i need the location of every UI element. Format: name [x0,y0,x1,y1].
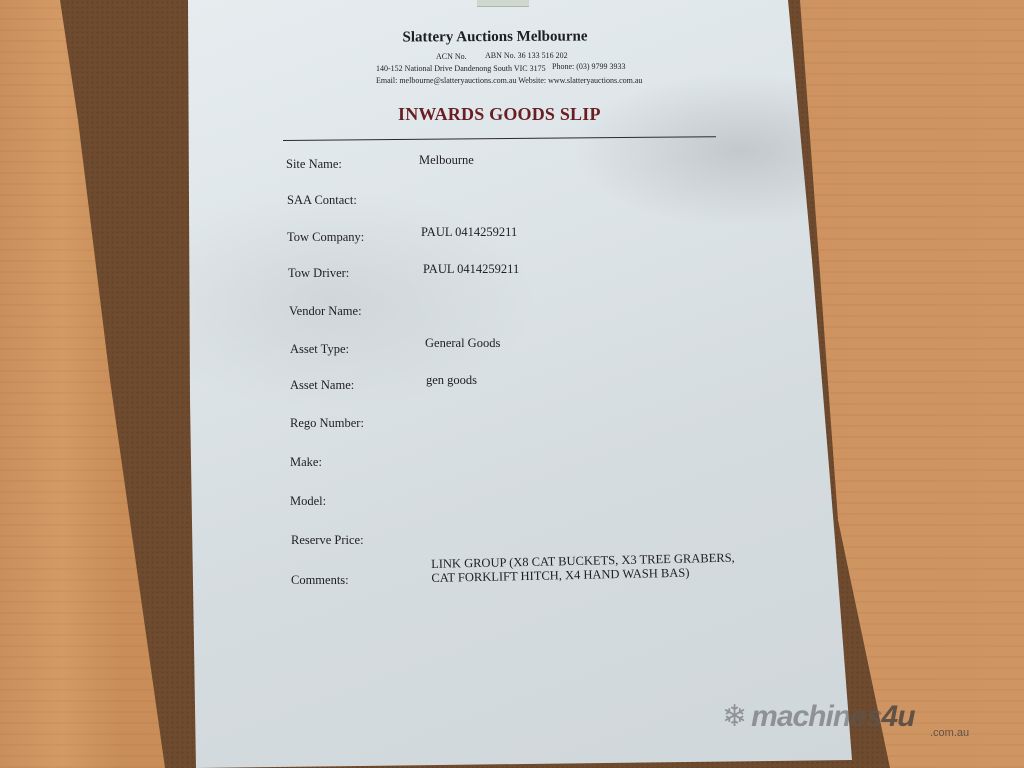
label-rego-number: Rego Number: [290,416,364,431]
company-name: Slattery Auctions Melbourne [0,26,990,48]
watermark-brand: machines4u [751,700,914,734]
acn-label: ACN No. [436,52,467,61]
label-saa-contact: SAA Contact: [287,193,357,208]
company-phone: Phone: (03) 9799 3933 [552,62,626,71]
label-vendor-name: Vendor Name: [289,304,362,319]
value-tow-company: PAUL 0414259211 [421,225,517,240]
label-model: Model: [290,494,326,509]
value-site-name: Melbourne [419,153,474,168]
label-comments: Comments: [291,573,349,588]
company-email-website: Email: melbourne@slatteryauctions.com.au… [376,76,642,85]
label-tow-company: Tow Company: [287,230,364,245]
label-site-name: Site Name: [286,157,342,172]
label-make: Make: [290,455,322,470]
title-divider [283,136,716,141]
label-asset-name: Asset Name: [290,378,354,393]
form-title: INWARDS GOODS SLIP [398,104,601,125]
value-asset-type: General Goods [425,336,500,351]
label-reserve-price: Reserve Price: [291,533,364,548]
inwards-goods-slip: Slattery Auctions Melbourne ACN No. ABN … [0,0,1024,768]
snowflake-icon: ❄ [722,702,747,732]
value-comments: LINK GROUP (X8 CAT BUCKETS, X3 TREE GRAB… [431,551,735,585]
label-asset-type: Asset Type: [290,342,349,357]
value-tow-driver: PAUL 0414259211 [423,262,519,277]
abn-number: ABN No. 36 133 516 202 [485,51,568,60]
label-tow-driver: Tow Driver: [288,266,349,281]
company-address: 140-152 National Drive Dandenong South V… [376,64,546,73]
machines4u-watermark: ❄ machines4u [722,700,915,734]
company-logo [477,0,529,7]
value-asset-name: gen goods [426,373,477,388]
watermark-domain: .com.au [930,727,969,739]
